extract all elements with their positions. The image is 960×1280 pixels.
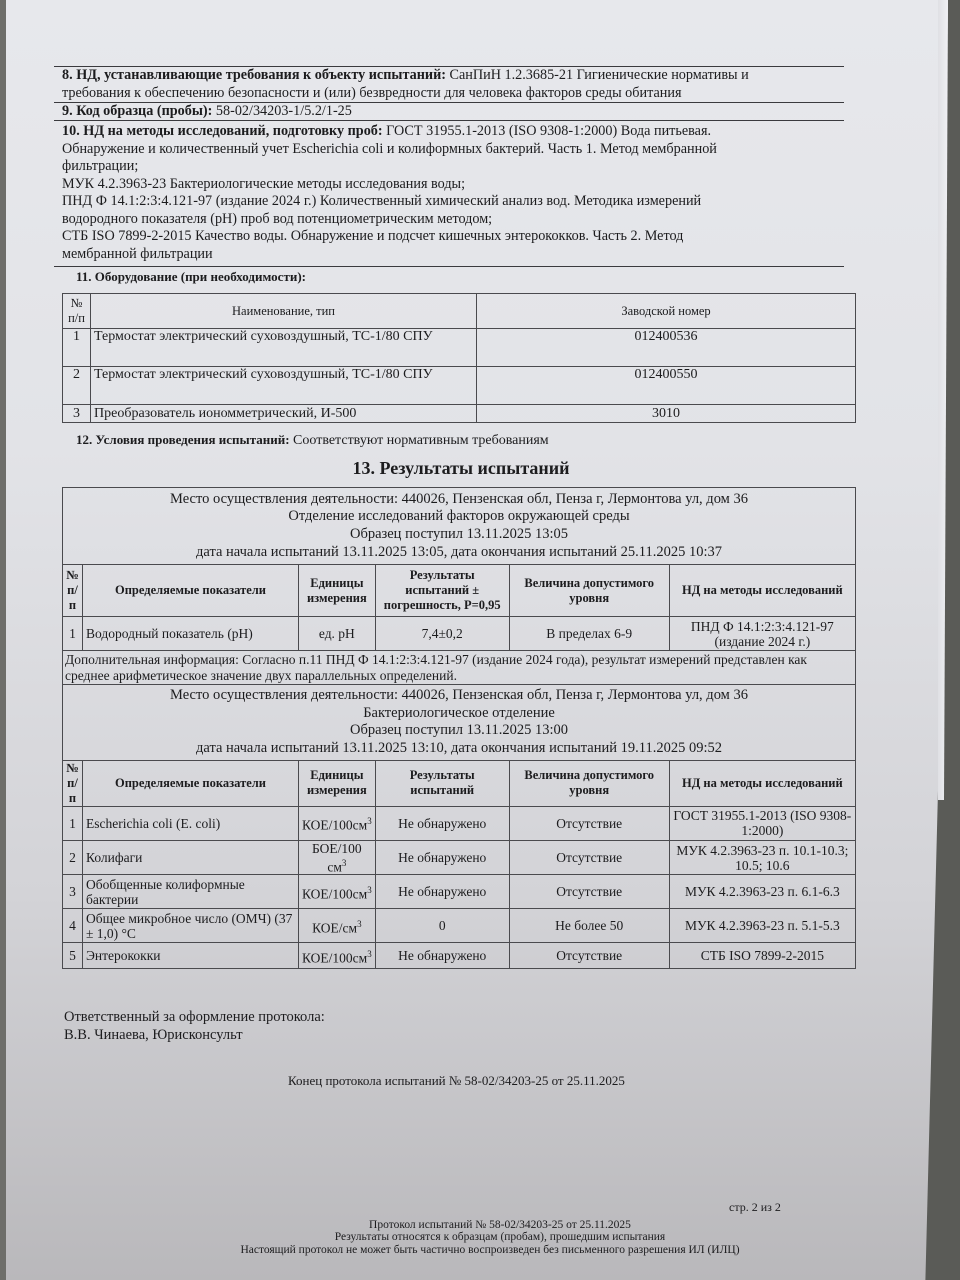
cell-indicator: Энтерококки: [83, 943, 299, 969]
cell-unit: КОЕ/см3: [299, 909, 376, 943]
equipment-table: № п/п Наименование, тип Заводской номер …: [62, 293, 856, 423]
col-unit: Единицы измерения: [299, 760, 376, 806]
table-row: 3 Обобщенные колиформные бактерии КОЕ/10…: [63, 875, 856, 909]
cell-limit: Отсутствие: [509, 943, 669, 969]
section-9-label: 9. Код образца (пробы):: [62, 103, 212, 119]
table-row: 2 Термостат электрический суховоздушный,…: [63, 367, 856, 405]
footer-reproduction-note: Настоящий протокол не может быть частичн…: [170, 1243, 810, 1257]
results-header-row: № п/п Определяемые показатели Единицы из…: [63, 760, 856, 806]
responsible-name: В.В. Чинаева, Юрисконсульт: [64, 1026, 325, 1044]
cell-num: 3: [63, 875, 83, 909]
cell-limit: Не более 50: [509, 909, 669, 943]
section-10: 10. НД на методы исследований, подготовк…: [62, 123, 844, 263]
method-line: СТБ ISO 7899-2-2015 Качество воды. Обнар…: [62, 228, 683, 244]
cell-method: СТБ ISO 7899-2-2015: [669, 943, 855, 969]
place-of-activity: Место осуществления деятельности: 440026…: [67, 687, 851, 705]
col-name: Наименование, тип: [91, 294, 477, 329]
equipment-header-row: № п/п Наименование, тип Заводской номер: [63, 294, 856, 329]
col-serial: Заводской номер: [477, 294, 856, 329]
cell-result: 0: [375, 909, 509, 943]
table-row: 1 Escherichia coli (E. coli) КОЕ/100см3 …: [63, 806, 856, 840]
cell-method: ПНД Ф 14.1:2:3:4.121-97 (издание 2024 г.…: [669, 617, 855, 651]
cell-name: Термостат электрический суховоздушный, Т…: [91, 329, 477, 367]
cell-unit: КОЕ/100см3: [299, 943, 376, 969]
additional-info-row: Дополнительная информация: Согласно п.11…: [63, 651, 856, 685]
block-header: Место осуществления деятельности: 440026…: [63, 685, 856, 761]
col-unit: Единицы измерения: [299, 565, 376, 617]
cell-unit: БОЕ/100 см3: [299, 840, 376, 875]
section-12: 12. Условия проведения испытаний: Соотве…: [76, 431, 858, 450]
cell-indicator: Обобщенные колиформные бактерии: [83, 875, 299, 909]
cell-unit: КОЕ/100см3: [299, 875, 376, 909]
cell-num: 1: [63, 806, 83, 840]
method-line: фильтрации;: [62, 158, 138, 174]
divider: [54, 120, 844, 121]
section-11: 11. Оборудование (при необходимости):: [76, 268, 858, 286]
divider: [54, 266, 844, 267]
cell-indicator: Escherichia coli (E. coli): [83, 806, 299, 840]
cell-name: Термостат электрический суховоздушный, Т…: [91, 367, 477, 405]
cell-serial: 012400536: [477, 329, 856, 367]
method-line: МУК 4.2.3963-23 Бактериологические метод…: [62, 176, 465, 192]
col-indicator: Определяемые показатели: [83, 565, 299, 617]
table-row: 1 Водородный показатель (pH) ед. pH 7,4±…: [63, 617, 856, 651]
table-row: 5 Энтерококки КОЕ/100см3 Не обнаружено О…: [63, 943, 856, 969]
results-header-row: № п/п Определяемые показатели Единицы из…: [63, 565, 856, 617]
place-of-activity: Место осуществления деятельности: 440026…: [67, 491, 851, 509]
cell-indicator: Общее микробное число (ОМЧ) (37 ± 1,0) °…: [83, 909, 299, 943]
col-result: Результаты испытаний ± погрешность, P=0,…: [375, 565, 509, 617]
additional-info: Дополнительная информация: Согласно п.11…: [63, 651, 856, 685]
cell-result: Не обнаружено: [375, 875, 509, 909]
col-result: Результаты испытаний: [375, 760, 509, 806]
cell-result: Не обнаружено: [375, 806, 509, 840]
department: Отделение исследований факторов окружающ…: [67, 508, 851, 526]
page-number: стр. 2 из 2: [700, 1200, 810, 1214]
table-row: 4 Общее микробное число (ОМЧ) (37 ± 1,0)…: [63, 909, 856, 943]
section-10-label: 10. НД на методы исследований, подготовк…: [62, 123, 383, 139]
cell-num: 1: [63, 617, 83, 651]
method-line: водородного показателя (pH) проб вод пот…: [62, 211, 492, 227]
test-dates: дата начала испытаний 13.11.2025 13:05, …: [67, 544, 851, 562]
method-line: ГОСТ 31955.1-2013 (ISO 9308-1:2000) Вода…: [386, 123, 711, 139]
col-method: НД на методы исследований: [669, 760, 855, 806]
cell-unit: ед. pH: [299, 617, 376, 651]
section-11-label: 11. Оборудование (при необходимости):: [76, 269, 306, 284]
cell-limit: В пределах 6-9: [509, 617, 669, 651]
cell-num: 1: [63, 329, 91, 367]
cell-serial: 012400550: [477, 367, 856, 405]
col-limit: Величина допустимого уровня: [509, 565, 669, 617]
cell-method: МУК 4.2.3963-23 п. 10.1-10.3; 10.5; 10.6: [669, 840, 855, 875]
cell-num: 2: [63, 840, 83, 875]
method-line: мембранной фильтрации: [62, 246, 213, 262]
block-header: Место осуществления деятельности: 440026…: [63, 488, 856, 565]
conditions-value: Соответствуют нормативным требованиям: [293, 433, 549, 448]
cell-num: 2: [63, 367, 91, 405]
results-title: 13. Результаты испытаний: [0, 458, 922, 479]
section-8-label: 8. НД, устанавливающие требования к объе…: [62, 67, 446, 83]
cell-serial: 3010: [477, 405, 856, 423]
cell-result: Не обнаружено: [375, 943, 509, 969]
section-9: 9. Код образца (пробы): 58-02/34203-1/5.…: [62, 103, 844, 121]
cell-num: 3: [63, 405, 91, 423]
cell-indicator: Водородный показатель (pH): [83, 617, 299, 651]
cell-num: 4: [63, 909, 83, 943]
cell-method: ГОСТ 31955.1-2013 (ISO 9308-1:2000): [669, 806, 855, 840]
col-num: № п/п: [63, 760, 83, 806]
cell-result: 7,4±0,2: [375, 617, 509, 651]
cell-unit: КОЕ/100см3: [299, 806, 376, 840]
cell-indicator: Колифаги: [83, 840, 299, 875]
results-table-chemistry: Место осуществления деятельности: 440026…: [62, 487, 856, 969]
method-line: ПНД Ф 14.1:2:3:4.121-97 (издание 2024 г.…: [62, 193, 701, 209]
table-row: 3 Преобразователь иономметрический, И-50…: [63, 405, 856, 423]
footer-results-note: Результаты относятся к образцам (пробам)…: [190, 1230, 810, 1244]
test-dates: дата начала испытаний 13.11.2025 13:10, …: [67, 740, 851, 758]
responsible-block: Ответственный за оформление протокола: В…: [64, 1008, 325, 1044]
col-method: НД на методы исследований: [669, 565, 855, 617]
sample-received: Образец поступил 13.11.2025 13:05: [67, 526, 851, 544]
department: Бактериологическое отделение: [67, 705, 851, 723]
col-num: № п/п: [63, 294, 91, 329]
method-line: Обнаружение и количественный учет Escher…: [62, 141, 717, 157]
col-indicator: Определяемые показатели: [83, 760, 299, 806]
col-limit: Величина допустимого уровня: [509, 760, 669, 806]
cell-method: МУК 4.2.3963-23 п. 6.1-6.3: [669, 875, 855, 909]
section-8-value-line2: требования к обеспечению безопасности и …: [62, 85, 681, 101]
cell-num: 5: [63, 943, 83, 969]
table-row: 1 Термостат электрический суховоздушный,…: [63, 329, 856, 367]
responsible-label: Ответственный за оформление протокола:: [64, 1008, 325, 1026]
protocol-page-2: 8. НД, устанавливающие требования к объе…: [0, 0, 960, 1280]
sample-received: Образец поступил 13.11.2025 13:00: [67, 722, 851, 740]
table-row: 2 Колифаги БОЕ/100 см3 Не обнаружено Отс…: [63, 840, 856, 875]
cell-result: Не обнаружено: [375, 840, 509, 875]
sample-code: 58-02/34203-1/5.2/1-25: [216, 103, 352, 119]
section-12-label: 12. Условия проведения испытаний:: [76, 432, 290, 447]
section-8: 8. НД, устанавливающие требования к объе…: [62, 67, 844, 102]
cell-limit: Отсутствие: [509, 875, 669, 909]
cell-limit: Отсутствие: [509, 840, 669, 875]
section-8-value-line1: СанПиН 1.2.3685-21 Гигиенические нормати…: [450, 67, 749, 83]
cell-limit: Отсутствие: [509, 806, 669, 840]
col-num: № п/п: [63, 565, 83, 617]
end-of-protocol: Конец протокола испытаний № 58-02/34203-…: [288, 1072, 625, 1090]
cell-name: Преобразователь иономметрический, И-500: [91, 405, 477, 423]
cell-method: МУК 4.2.3963-23 п. 5.1-5.3: [669, 909, 855, 943]
